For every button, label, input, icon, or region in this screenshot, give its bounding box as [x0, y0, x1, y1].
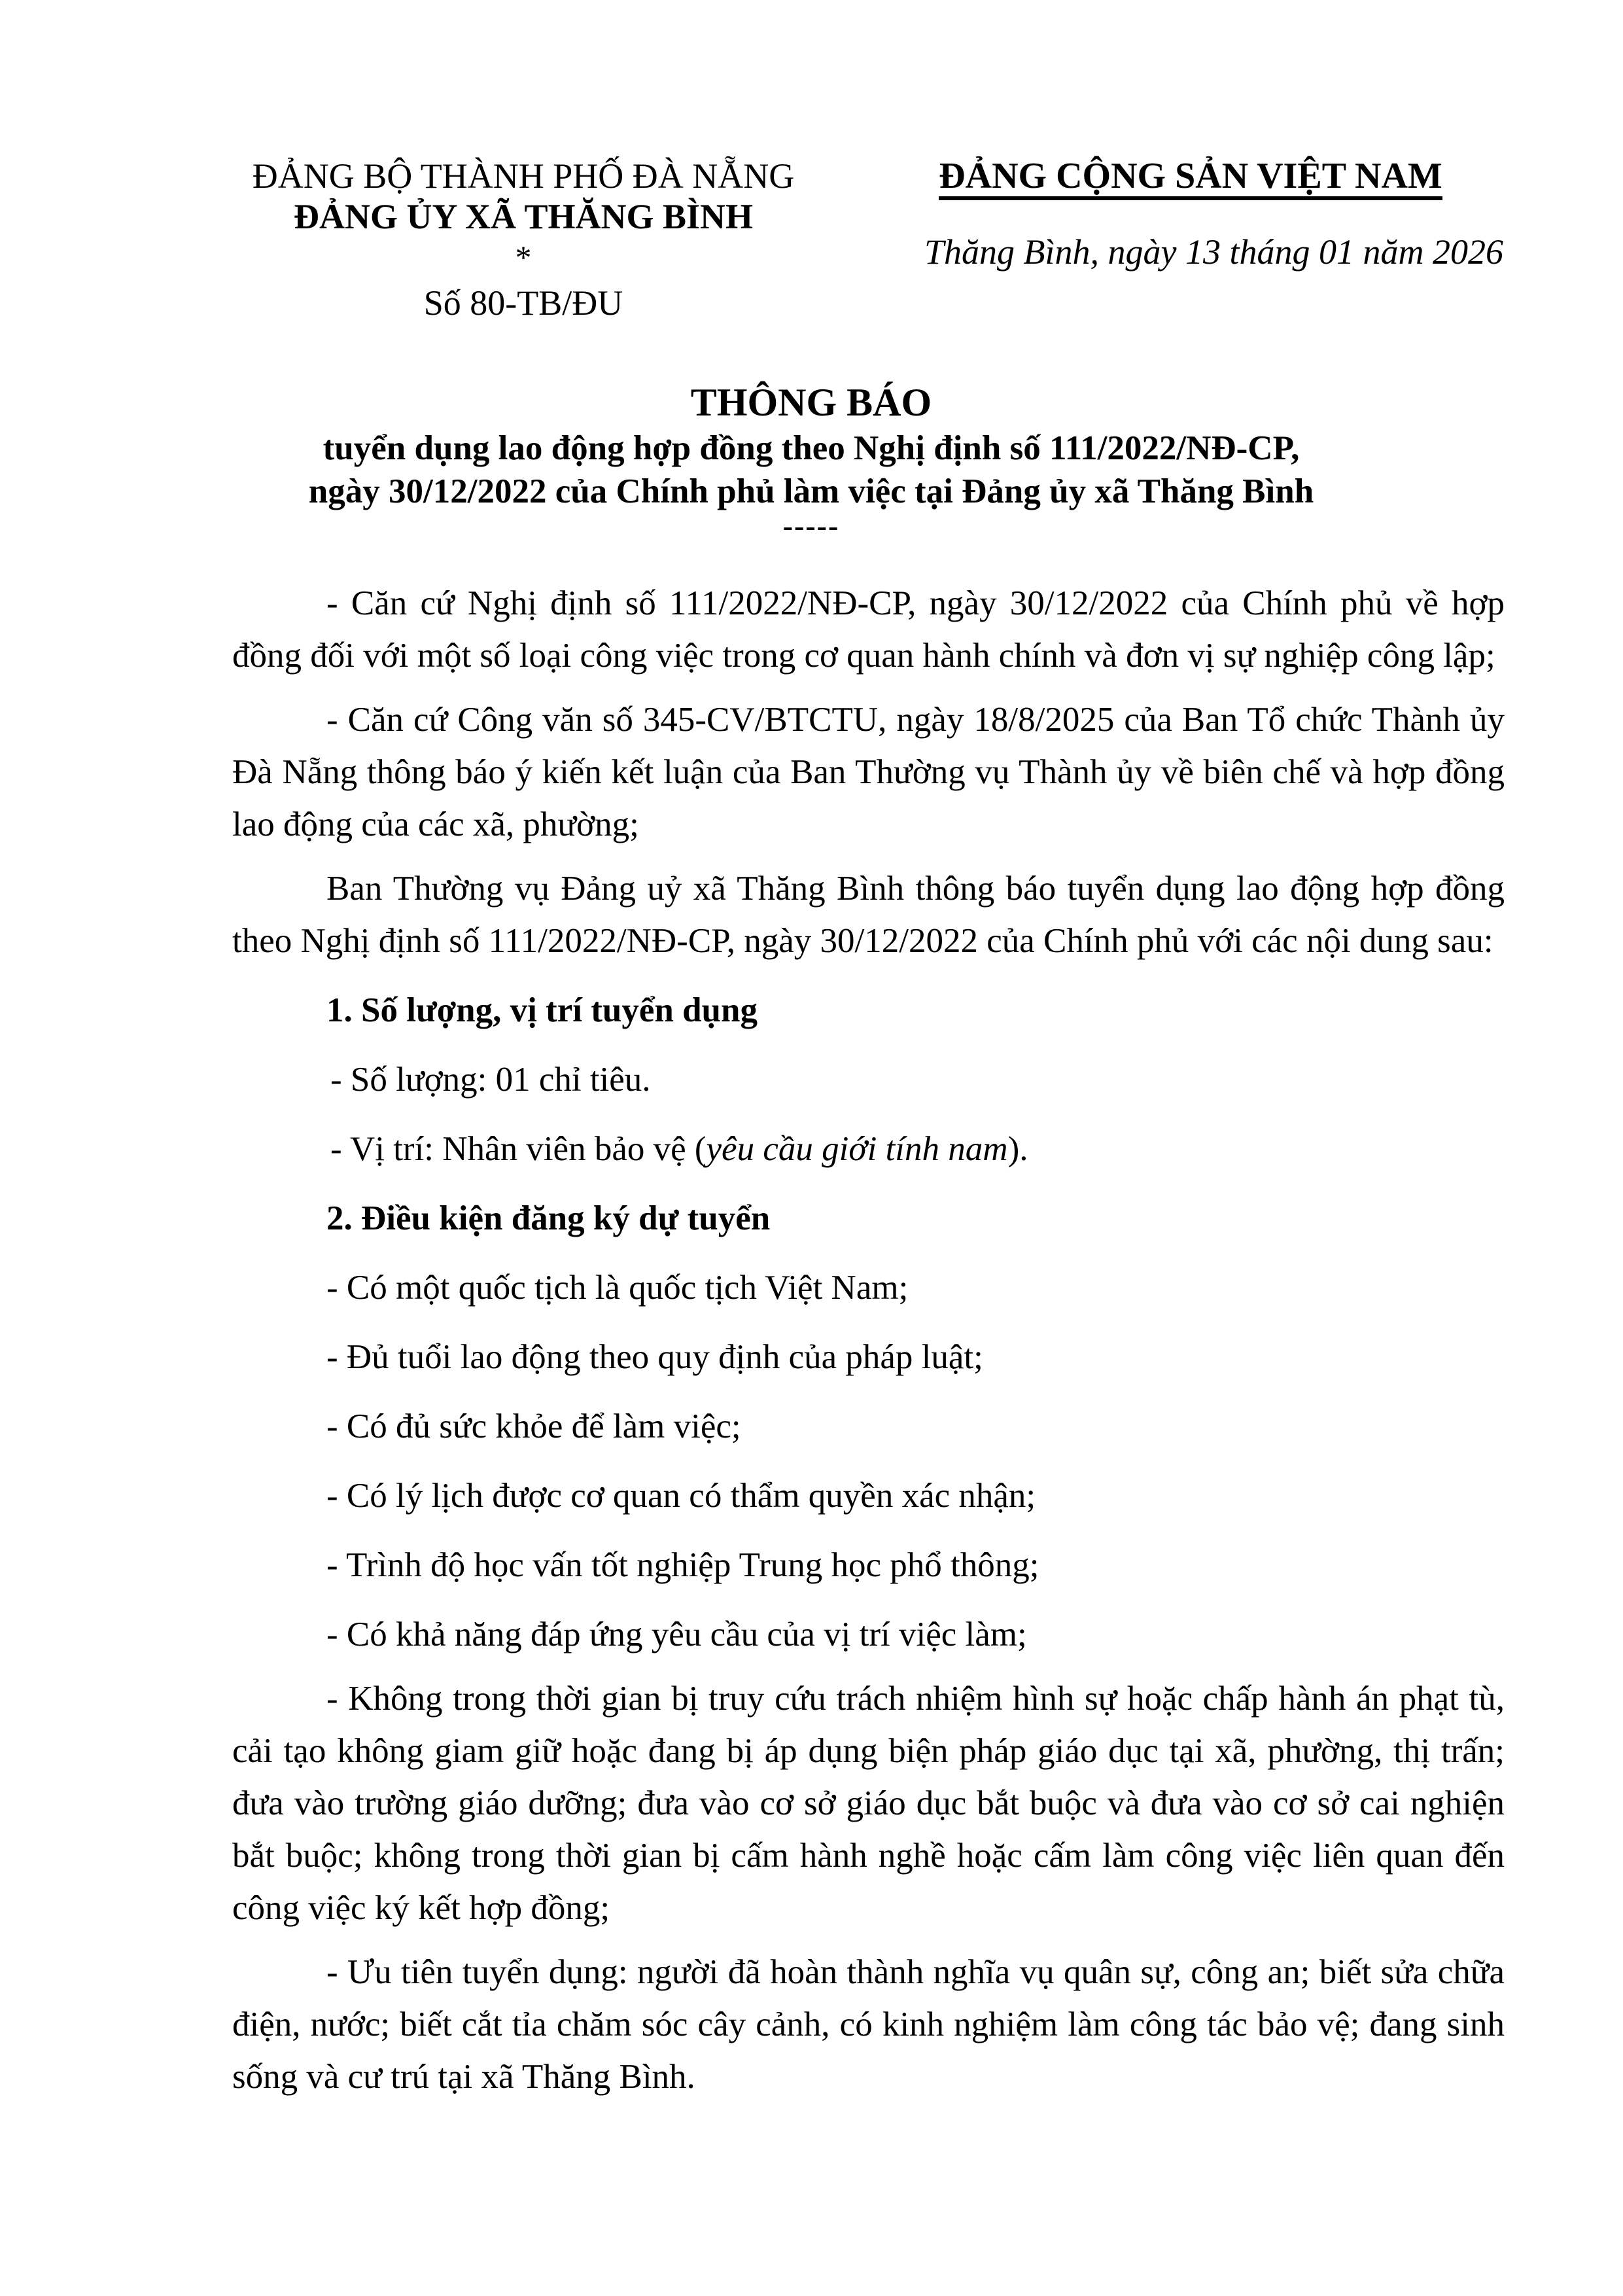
- issuing-organization: ĐẢNG ỦY XÃ THĂNG BÌNH: [216, 196, 831, 237]
- asterisk-divider: *: [216, 238, 831, 276]
- condition-item: - Trình độ học vấn tốt nghiệp Trung học …: [232, 1539, 1505, 1591]
- subject-line-1: tuyển dụng lao động hợp đồng theo Nghị đ…: [196, 427, 1426, 470]
- subject-line-2: ngày 30/12/2022 của Chính phủ làm việc t…: [196, 470, 1426, 513]
- section-1-heading: 1. Số lượng, vị trí tuyển dụng: [232, 984, 1505, 1036]
- party-name: ĐẢNG CỘNG SẢN VIỆT NAM: [939, 157, 1442, 200]
- legal-basis-1: - Căn cứ Nghị định số 111/2022/NĐ-CP, ng…: [232, 577, 1505, 682]
- parent-organization: ĐẢNG BỘ THÀNH PHỐ ĐÀ NẴNG: [216, 156, 831, 196]
- condition-item: - Đủ tuổi lao động theo quy định của phá…: [232, 1331, 1505, 1383]
- legal-basis-2: - Căn cứ Công văn số 345-CV/BTCTU, ngày …: [232, 694, 1505, 851]
- document-page: ĐẢNG BỘ THÀNH PHỐ ĐÀ NẴNG ĐẢNG ỦY XÃ THĂ…: [0, 0, 1623, 2296]
- exclusion-condition: - Không trong thời gian bị truy cứu trác…: [232, 1672, 1505, 1934]
- position-prefix: - Vị trí: Nhân viên bảo vệ (: [330, 1130, 707, 1168]
- document-title-block: THÔNG BÁO tuyển dụng lao động hợp đồng t…: [196, 378, 1426, 539]
- section-2-heading: 2. Điều kiện đăng ký dự tuyển: [232, 1192, 1505, 1245]
- issuing-authority-header: ĐẢNG BỘ THÀNH PHỐ ĐÀ NẴNG ĐẢNG ỦY XÃ THĂ…: [216, 156, 831, 323]
- intro-paragraph: Ban Thường vụ Đảng uỷ xã Thăng Bình thôn…: [232, 862, 1505, 967]
- condition-item: - Có lý lịch được cơ quan có thẩm quyền …: [232, 1470, 1505, 1522]
- document-number: Số 80-TB/ĐU: [216, 283, 831, 323]
- priority-condition: - Ưu tiên tuyển dụng: người đã hoàn thàn…: [232, 1946, 1505, 2103]
- condition-item: - Có một quốc tịch là quốc tịch Việt Nam…: [232, 1262, 1505, 1314]
- title-separator: -----: [196, 513, 1426, 539]
- position-gender-note: yêu cầu giới tính nam: [707, 1130, 1008, 1168]
- place-and-date: Thăng Bình, ngày 13 tháng 01 năm 2026: [877, 232, 1505, 272]
- condition-item: - Có đủ sức khỏe để làm việc;: [232, 1400, 1505, 1453]
- quantity-line: - Số lượng: 01 chỉ tiêu.: [232, 1053, 1505, 1106]
- document-type: THÔNG BÁO: [196, 378, 1426, 427]
- position-line: - Vị trí: Nhân viên bảo vệ (yêu cầu giới…: [232, 1123, 1505, 1175]
- national-header: ĐẢNG CỘNG SẢN VIỆT NAM Thăng Bình, ngày …: [877, 156, 1505, 272]
- position-suffix: ).: [1008, 1130, 1028, 1168]
- document-body: - Căn cứ Nghị định số 111/2022/NĐ-CP, ng…: [232, 577, 1505, 2103]
- condition-item: - Có khả năng đáp ứng yêu cầu của vị trí…: [232, 1608, 1505, 1661]
